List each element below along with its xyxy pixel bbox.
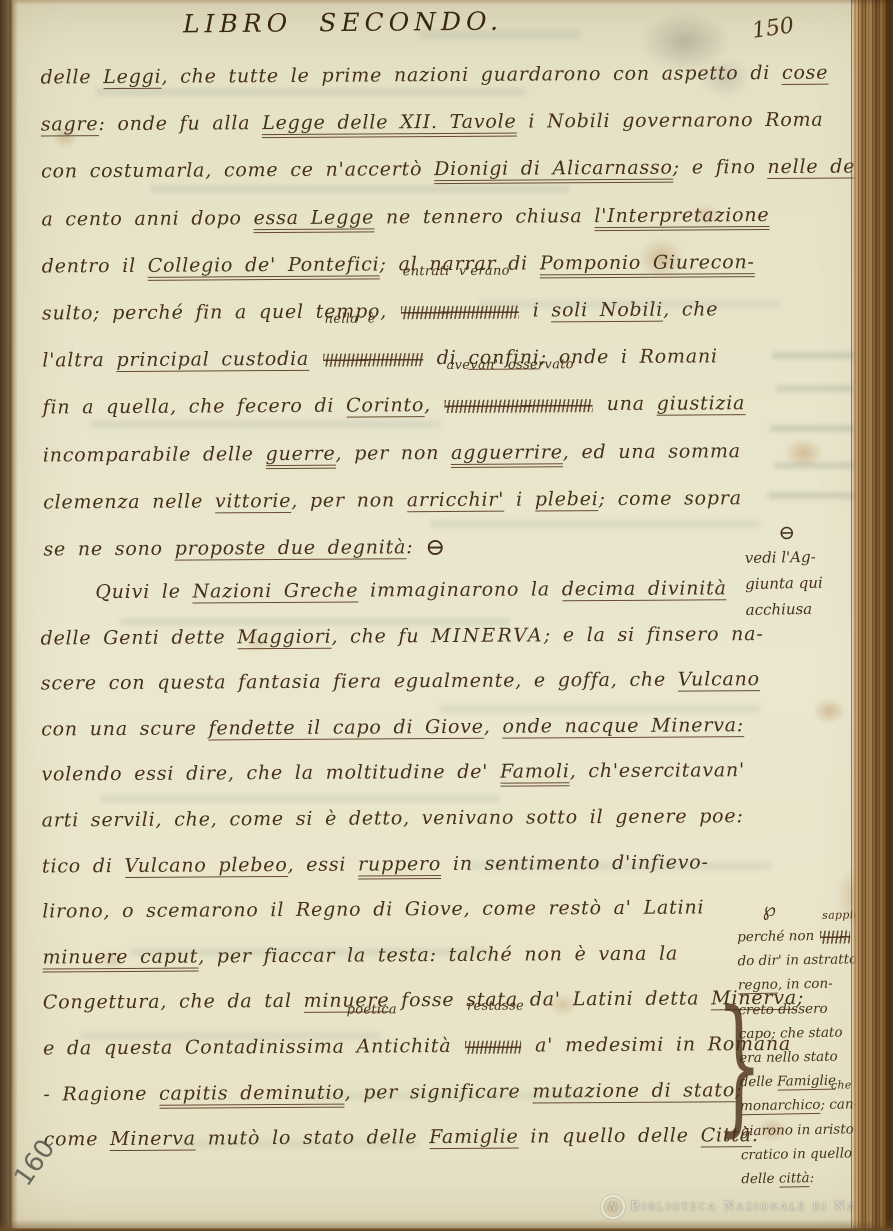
text-segment: Famiglie (429, 1126, 518, 1150)
text-segment: decima divinità (562, 577, 727, 601)
body-paragraph-1: delle Leggi, che tutte le prime nazioni … (40, 50, 849, 574)
text-segment: a cento anni dopo (41, 207, 253, 230)
text-segment: mutò lo stato delle (196, 1126, 430, 1149)
text-segment: con costumarla, come ce n'accertò (41, 158, 434, 182)
text-segment: Collegio de' Pontefici (148, 253, 380, 280)
library-logo-letter: N (609, 1201, 616, 1213)
page-edge-bottom (0, 1219, 893, 1231)
text-segment: l'Interpretazione (594, 204, 769, 231)
text-segment: regno (738, 977, 778, 995)
text-segment: Leggi (103, 66, 161, 89)
text-segment: essa Legge (254, 206, 375, 233)
text-segment: , (424, 394, 443, 416)
text-segment: : (810, 1170, 815, 1186)
text-segment: acchiusa (746, 600, 813, 619)
text-segment: capitis deminutio (159, 1081, 345, 1108)
text-segment: ruppero (358, 853, 441, 880)
library-watermark: N Biblioteca Nazionale di Napoli (601, 1195, 889, 1219)
text-segment: l'altra (42, 349, 116, 371)
text-segment: , ch'esercitavan' (570, 760, 745, 783)
binding-gutter-edge (0, 0, 18, 1231)
text-line: con costumarla, come ce n'accertò Dionig… (41, 144, 847, 196)
text-segment: era nello stato (739, 1049, 838, 1067)
text-segment: , (484, 715, 503, 737)
text-segment: clemenza nelle (43, 490, 215, 513)
strikethrough-scribble: entrati v'erano (401, 305, 519, 319)
page-edge-top (0, 0, 893, 5)
text-segment: principal custodia (116, 348, 309, 372)
strikethrough-scribble: sappien- (820, 930, 850, 944)
text-segment: con una scure (41, 717, 209, 740)
text-segment: , in con- (778, 976, 833, 993)
interline-insertion: che (831, 1073, 852, 1098)
text-line: giunta qui (745, 569, 860, 597)
interline-insertion: avevan' osservato (446, 341, 574, 389)
text-segment: sagre (41, 113, 99, 136)
text-segment: cratico in quello (741, 1145, 852, 1163)
text-segment: : (406, 536, 425, 558)
text-line: lirono, o scemarono il Regno di Giove, c… (42, 885, 848, 936)
text-segment: giunta qui (745, 574, 823, 593)
text-segment: MINERVA (431, 624, 544, 647)
text-line: clemenza nelle vittorie, per non arricch… (43, 474, 849, 526)
text-segment: Dionigi di Alicarnasso (434, 157, 673, 184)
text-line: a cento anni dopo essa Legge ne tennero … (41, 191, 847, 243)
text-segment: mutazione di stato (532, 1079, 735, 1103)
text-segment: Vulcano (678, 668, 760, 692)
text-segment: incomparabile delle (43, 443, 266, 466)
text-segment: in quello delle (518, 1125, 700, 1148)
page-stack-edge-right (851, 0, 893, 1231)
text-segment: i Nobili governarono Roma (516, 109, 823, 133)
text-segment: minuere caput (42, 945, 198, 972)
text-line: volendo essi dire, che la moltitudine de… (41, 748, 847, 799)
text-line: arti servili, che, come si è detto, veni… (42, 794, 848, 845)
text-segment: giustizia (657, 392, 746, 416)
text-segment: do dir' in astratto (737, 951, 857, 969)
text-line: scere con questa fantasia fiera egualmen… (41, 657, 847, 708)
text-segment: Vulcano plebeo (124, 854, 287, 878)
strikethrough-scribble: avevan' osservato (445, 399, 593, 413)
text-segment: e da questa Contadinissima (43, 1036, 345, 1060)
text-segment: Antichità (357, 1035, 464, 1058)
interline-insertion: entrati v'erano (403, 247, 510, 295)
text-segment: , per non (335, 441, 451, 464)
text-segment: monarchico (740, 1097, 821, 1115)
text-segment: perché non (737, 928, 819, 945)
text-segment: delle (740, 1074, 778, 1091)
text-segment: Maggiori (237, 625, 331, 649)
text-segment: poetica (345, 1035, 357, 1057)
text-segment: , che (663, 298, 718, 320)
text-segment: , per fiaccar la testa: talché non è van… (198, 942, 678, 967)
text-segment: tico di (42, 855, 125, 878)
text-segment: proposte due degnità (175, 536, 407, 560)
text-line: incomparabile delle guerre, per non aggu… (43, 427, 849, 479)
text-segment: delle (741, 1171, 779, 1188)
page-title: LIBRO SECONDO. (183, 7, 503, 39)
text-line: tico di Vulcano plebeo, essi ruppero in … (42, 839, 848, 890)
text-segment: plebei (535, 488, 599, 511)
text-line: con una scure fendette il capo di Giove,… (41, 702, 847, 753)
text-segment: ⊖ (425, 533, 446, 561)
text-segment: agguerrire (451, 441, 563, 468)
text-segment: fendette il capo di Giove (209, 716, 484, 741)
text-segment: Minerva (110, 1128, 196, 1152)
text-line: fin a quella, che fecero di Corinto, ave… (42, 380, 848, 432)
text-segment: dentro il (42, 255, 148, 278)
text-segment: i (521, 299, 552, 321)
text-segment: , essi (287, 853, 358, 875)
text-segment: Congettura, che da tal (43, 990, 304, 1014)
text-segment: , per non (291, 489, 407, 512)
manuscript-page: LIBRO SECONDO. 150 delle Leggi, che tutt… (0, 0, 893, 1231)
text-line: Quivi le Nazioni Greche immaginarono la … (40, 566, 846, 617)
strikethrough-scribble: nella è (323, 353, 423, 367)
text-segment: volendo essi dire, che la moltitudine de… (41, 761, 500, 786)
interline-insertion: restasse (467, 984, 524, 1030)
text-segment: fosse stata da' Latini detta (389, 988, 711, 1012)
text-segment: ; e la si finsero na- (544, 623, 764, 646)
text-line: sagre: onde fu alla Legge delle XII. Tav… (41, 97, 847, 149)
text-line: l'altra principal custodia nella è di co… (42, 333, 848, 385)
text-segment: Nazioni Greche (193, 580, 359, 604)
text-segment: , per significare (344, 1080, 532, 1103)
text-segment: immaginarono la (358, 578, 562, 601)
text-segment: Famoli (500, 761, 570, 787)
text-segment: scere con questa fantasia fiera egualmen… (41, 669, 678, 695)
text-segment: città (779, 1170, 810, 1188)
text-segment: in sentimento d'infievo- (441, 851, 709, 875)
text-segment: Famiglie (777, 1073, 836, 1091)
text-segment: creto dissero (738, 1000, 828, 1018)
interline-insertion: nella è (325, 295, 376, 343)
text-segment: Pomponio Giurecon- (540, 251, 755, 278)
text-segment: Legge delle XII. Tavole (262, 111, 517, 139)
text-segment: i (504, 488, 535, 510)
text-segment: guerre (266, 442, 336, 468)
text-segment: delle (40, 66, 103, 88)
interline-insertion: poetica (346, 988, 397, 1034)
text-segment: : onde fu alla (98, 112, 262, 135)
text-segment (309, 348, 321, 370)
text-line: minuere caput, per fiaccar la testa: tal… (42, 930, 848, 981)
text-segment: , ed una somma (563, 440, 741, 463)
text-line: acchiusa (745, 595, 860, 623)
text-segment: Corinto (346, 394, 424, 417)
text-segment: soli Nobili (551, 299, 663, 323)
text-segment: ; e fino (673, 156, 768, 179)
text-segment: giarono in aristo- (740, 1121, 858, 1139)
text-line: sulto; perché fin a quel tempo, entrati … (42, 285, 848, 337)
library-logo-icon: N (601, 1195, 625, 1219)
text-segment: fin a quella, che fecero di (43, 395, 347, 419)
page-number: 150 (750, 13, 795, 44)
text-segment: lirono, o scemarono il Regno di Giove, c… (42, 897, 704, 923)
text-segment: arti servili, che, come si è detto, veni… (42, 805, 744, 831)
text-line: delle Leggi, che tutte le prime nazioni … (40, 50, 846, 102)
text-segment: arricchir' (407, 488, 505, 512)
text-segment: onde nacque Minerva: (502, 714, 744, 738)
text-segment: se ne sono (43, 538, 174, 561)
text-segment: delle Genti dette (41, 626, 238, 649)
margin-note-aggiunta: ⊖ vedi l'Ag-giunta quiacchiusa (744, 519, 861, 623)
text-segment: ; come sopra (599, 487, 742, 510)
text-segment: ne tennero chiusa (374, 205, 594, 228)
text-segment: una (595, 393, 657, 415)
reference-mark-icon: ⊖ (778, 519, 859, 544)
text-segment: , che tutte le prime nazioni guardarono … (161, 62, 782, 88)
text-line: delle Genti dette Maggiori, che fu MINER… (40, 611, 846, 662)
text-segment: capo; che stato (739, 1024, 843, 1042)
text-segment: vedi l'Ag- (745, 548, 816, 567)
text-line: vedi l'Ag- (745, 543, 860, 571)
text-segment: , che fu (331, 625, 431, 648)
strikethrough-scribble: restasse (465, 1040, 521, 1053)
text-segment: - Ragione (43, 1082, 159, 1105)
text-segment: cose (782, 62, 828, 85)
text-segment: vittorie (215, 490, 291, 513)
text-segment: Quivi le (95, 581, 192, 604)
margin-note-aggiunta-lines: vedi l'Ag-giunta quiacchiusa (745, 543, 861, 623)
